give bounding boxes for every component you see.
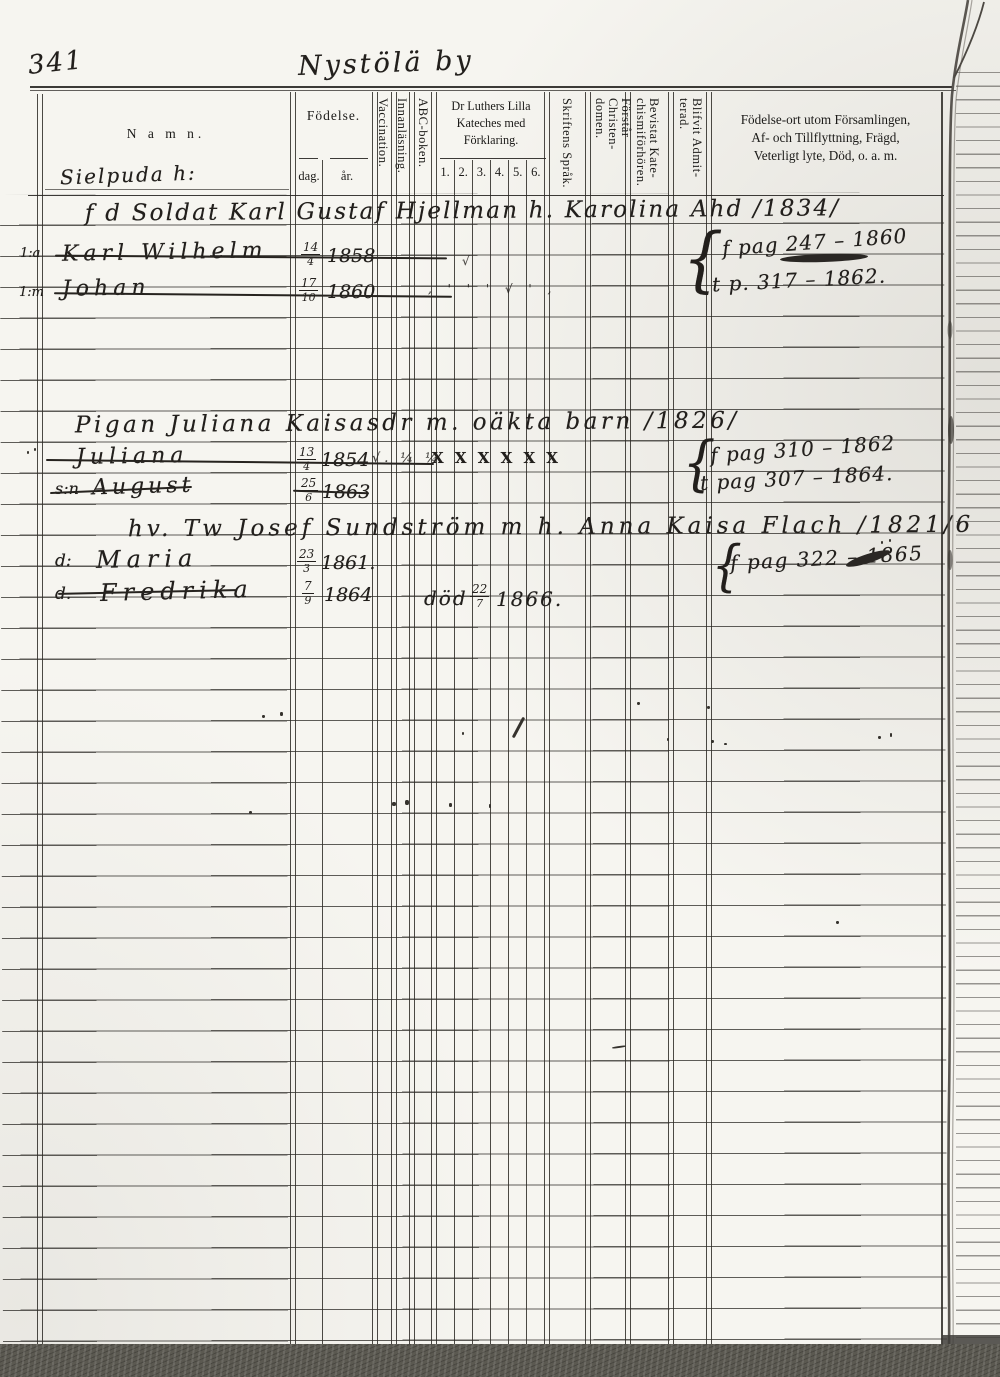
child3-birth-day: 13 4 [297,446,316,472]
farm-underline [45,189,289,190]
scan-bottom-shadow [0,1344,1000,1377]
grid-vline [290,92,291,1345]
child1-day: 14 [301,241,320,255]
ink-speck [889,539,891,542]
col-kateches-line1: Dr Luthers Lilla [437,99,545,114]
grid-vline [37,94,38,1345]
ruled-lines [0,193,947,1345]
grid-vline [549,92,550,1345]
child2-birth-year: 1860 [327,281,375,303]
family1-head: f d Soldat Karl Gustaf Hjellman h. Karol… [85,195,840,226]
child3-x-marks: X X X X X X [432,449,561,467]
ink-speck [27,451,29,454]
col-namn: N a m n. [42,126,290,142]
child4-margin: s:n [55,479,79,498]
page-number: 341 [27,45,85,81]
child5-birth-year: 1861. [321,552,375,574]
child2-birth-day: 17 10 [299,277,318,303]
family2-head: Pigan Juliana Kaisasdr m. oäkta barn /18… [75,408,740,439]
col-skriftens-sprak: Skriftens Språk. [560,98,573,193]
top-rule-2 [30,90,956,91]
child5-name: Maria [96,544,199,574]
child4-month: 6 [305,491,312,503]
family3-head: hv. Tw Josef Sundström m h. Anna Kaisa F… [128,512,974,542]
ink-speck [724,743,727,745]
child1-margin: 1:a [20,246,40,261]
kateches-num-4: 4. [495,165,504,180]
child2-margin: 1:m [19,285,44,300]
ink-speck [34,448,36,451]
child5-day: 23 [297,548,316,562]
col-bevistat-katechismiforhoren: Bevistat Kate- chismiförhören. [634,98,660,193]
ink-speck [881,541,883,544]
kateches-subline [440,158,546,159]
grid-vline [526,160,527,1345]
ink-speck [836,921,839,924]
child4-day: 25 [299,477,318,491]
kateches-num-6: 6. [531,165,540,180]
child6-day: 7 [302,580,314,594]
child3-birth-year: 1854 [321,449,369,471]
grid-vline [414,92,415,1345]
grid-vline [391,92,392,1345]
child2-name: Johan [62,275,151,302]
grid-vline [508,160,509,1345]
ink-speck [392,802,396,806]
kateches-num-1: 1. [440,165,449,180]
col-innanlasning: Innanläsning. [395,98,408,193]
ink-speck [449,803,452,807]
child2-month: 10 [302,291,316,303]
page-title: Nystölä by [298,45,475,82]
grid-vline [630,92,631,1345]
grid-vline [409,92,410,1345]
child2-grade-marks: , ' ' ' √ ' , [428,282,557,296]
child3-name: Juliana [76,443,189,470]
child6-death-dd: 22 [470,583,489,597]
child6-birth-day: 7 9 [302,580,314,606]
ink-speck [462,732,464,735]
ink-speck [637,702,640,705]
child6-birth-year: 1864 [324,584,372,606]
fodelse-subline-2 [330,158,368,159]
scanned-ledger-page: 341 Nystölä by N a m n. Sielpuda h: Föde… [0,0,1000,1377]
col-forstar-christendomen: Förstår Christen- domen. [593,98,632,193]
ink-speck [878,736,881,739]
kateches-num-2: 2. [459,165,468,180]
child6-death-year: 1866. [496,587,563,611]
grid-vline [295,92,296,1345]
grid-vline [322,160,323,1345]
ink-speck [890,733,892,737]
child6-death-day: 22 7 [470,583,489,609]
child1-mark: √ [462,254,470,268]
col-kateches-line2: Kateches med [437,116,545,131]
grid-vline [454,160,455,1345]
col-remarks-line2: Af- och Tillflyttning, Frägd, [712,130,939,146]
ink-speck [262,715,265,718]
col-dag: dag. [296,169,322,184]
grid-vline [42,94,43,1345]
grid-vline [585,92,586,1345]
grid-vline [590,92,591,1345]
col-fodelse: Födelse. [295,108,372,124]
child6-death-word: död [424,586,468,610]
ink-speck [489,804,491,808]
ink-speck [707,706,710,709]
kateches-numbers: 1. 2. 3. 4. 5. 6. [436,165,545,180]
kateches-num-3: 3. [477,165,486,180]
child1-name: Karl Wilhelm [62,238,268,267]
col-vaccination: Vaccination. [376,98,389,193]
col-abc-boken: ABC-boken. [416,98,429,193]
grid-vline [436,92,437,1345]
child2-day: 17 [299,277,318,291]
child5-margin: d: [55,551,72,571]
grid-vline [431,92,432,1345]
child1-birth-day: 14 4 [301,241,320,267]
child6-month: 9 [304,594,311,606]
grid-vline [396,92,397,1345]
child5-birth-day: 23 3 [297,548,316,574]
col-ar: år. [324,169,370,184]
grid-vline [490,160,491,1345]
child3-day: 13 [297,446,316,460]
ink-speck [405,800,409,805]
col-remarks-line3: Veterligt lyte, Död, o. a. m. [712,148,939,164]
ink-speck [249,811,252,814]
top-rule [30,86,952,88]
grid-vline [625,92,626,1345]
child6-death-mm: 7 [476,597,483,609]
child5-month: 3 [303,562,310,574]
col-blifvit-admitterad: Blifvit Admit- terad. [677,98,703,193]
fodelse-subline [299,158,318,159]
grid-vline [377,92,378,1345]
kateches-num-5: 5. [513,165,522,180]
binding-edge [938,0,1000,1377]
col-remarks-line1: Födelse-ort utom Församlingen, [712,112,939,128]
farm-note: Sielpuda h: [60,161,197,190]
grid-vline [668,92,669,1345]
grid-vline [372,92,373,1345]
ink-speck [667,738,669,741]
ink-speck [280,712,283,716]
ink-speck [711,740,714,743]
grid-vline [472,160,473,1345]
grid-vline [673,92,674,1345]
grid-vline [544,92,545,1345]
col-kateches-line3: Förklaring. [437,133,545,148]
